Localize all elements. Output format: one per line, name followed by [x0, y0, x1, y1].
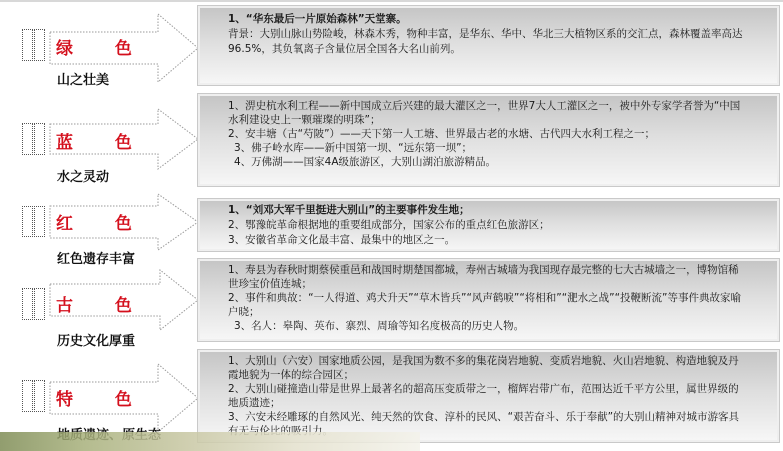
section-title: 绿 色 [56, 34, 150, 59]
panel-text: 1、“刘邓大军千里挺进大别山”的主要事件发生地； 2、鄂豫皖革命根据地的重要组成… [228, 203, 749, 248]
description-panel: 1、“刘邓大军千里挺进大别山”的主要事件发生地； 2、鄂豫皖革命根据地的重要组成… [197, 198, 780, 252]
section-title: 蓝 色 [56, 128, 150, 153]
section-blue: 蓝 色 水之灵动 1、淠史杭水利工程——新中国成立后兴建的最大灌区之一，世界7大… [0, 90, 783, 190]
section-ancient: 古 色 历史文化厚重 1、寿县为春秋时期蔡侯重邑和战国时期楚国都城，寿州古城墙为… [0, 255, 783, 345]
section-green: 绿 色 山之壮美 1、“华东最后一片原始森林”天堂寨。 背景：大别山脉山势险峻，… [0, 0, 783, 90]
line: 背景：大别山脉山势险峻，林森木秀，物种丰富，是华东、华中、华北三大植物区系的交汇… [228, 27, 749, 57]
description-panel: 1、大别山（六安）国家地质公园，是我国为数不多的集花岗岩地貌、变质岩地貌、火山岩… [197, 349, 780, 443]
line: 3、安徽省革命文化最丰富、最集中的地区之一。 [228, 233, 749, 248]
line: 1、大别山（六安）国家地质公园，是我国为数不多的集花岗岩地貌、变质岩地貌、火山岩… [228, 354, 749, 382]
panel-text: 1、“华东最后一片原始森林”天堂寨。 背景：大别山脉山势险峻，林森木秀，物种丰富… [228, 12, 749, 57]
line: 4、万佛湖——国家4A级旅游区，大别山湖泊旅游精品。 [228, 155, 749, 169]
landscape-decoration [0, 432, 420, 451]
description-panel: 1、“华东最后一片原始森林”天堂寨。 背景：大别山脉山势险峻，林森木秀，物种丰富… [197, 5, 780, 86]
line: 2、事件和典故：“一人得道、鸡犬升天”“草木皆兵”“风声鹤唳”“将相和”“淝水之… [228, 291, 749, 319]
section-title: 红 色 [56, 209, 150, 234]
section-subtitle: 水之灵动 [57, 166, 109, 185]
panel-text: 1、寿县为春秋时期蔡侯重邑和战国时期楚国都城，寿州古城墙为我国现存最完整的七大古… [228, 263, 749, 333]
line: 1、“华东最后一片原始森林”天堂寨。 [228, 12, 749, 27]
line: 3、佛子岭水库——新中国第一坝、“远东第一坝”； [228, 141, 749, 155]
description-panel: 1、淠史杭水利工程——新中国成立后兴建的最大灌区之一，世界7大人工灌区之一，被中… [197, 93, 780, 187]
description-panel: 1、寿县为春秋时期蔡侯重邑和战国时期楚国都城，寿州古城墙为我国现存最完整的七大古… [197, 258, 780, 342]
line: 1、淠史杭水利工程——新中国成立后兴建的最大灌区之一，世界7大人工灌区之一，被中… [228, 99, 749, 127]
section-subtitle: 山之壮美 [57, 69, 109, 88]
line: 2、大别山碰撞造山带是世界上最著名的超高压变质带之一，榴辉岩带广布，范围达近千平… [228, 382, 749, 410]
section-red: 红 色 红色遗存丰富 1、“刘邓大军千里挺进大别山”的主要事件发生地； 2、鄂豫… [0, 190, 783, 255]
section-title: 特 色 [56, 385, 150, 410]
section-title: 古 色 [56, 291, 150, 316]
line: 3、名人：皋陶、英布、寨烈、周瑜等知名度极高的历史人物。 [228, 319, 749, 333]
line: 2、安丰塘（古“芍陂”）——天下第一人工塘、世界最古老的水塘、古代四大水利工程之… [228, 127, 749, 141]
line: 1、“刘邓大军千里挺进大别山”的主要事件发生地； [228, 203, 749, 218]
panel-text: 1、大别山（六安）国家地质公园，是我国为数不多的集花岗岩地貌、变质岩地貌、火山岩… [228, 354, 749, 438]
line: 2、鄂豫皖革命根据地的重要组成部分，国家公布的重点红色旅游区； [228, 218, 749, 233]
panel-text: 1、淠史杭水利工程——新中国成立后兴建的最大灌区之一，世界7大人工灌区之一，被中… [228, 99, 749, 169]
line: 1、寿县为春秋时期蔡侯重邑和战国时期楚国都城，寿州古城墙为我国现存最完整的七大古… [228, 263, 749, 291]
